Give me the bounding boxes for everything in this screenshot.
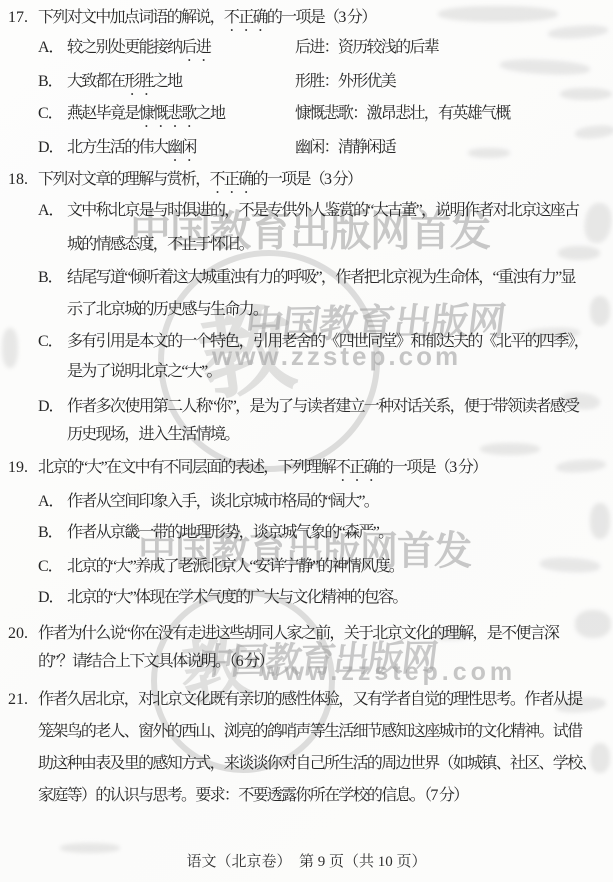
q18-option-a-line-2: 城的情感态度，不止于怀旧。: [0, 235, 613, 254]
q19-option-d-text: 北京的“大”体现在学术气度的广大与文化精神的包容。: [67, 589, 407, 606]
q18-option-c-label: C．: [38, 332, 63, 351]
q20-line-1: 20.作者为什么说“你在没有走进这些胡同人家之前，关于北京文化的理解，是不便言深: [0, 624, 613, 643]
q17-option-c-text-after: 之地: [196, 105, 225, 122]
q17-option-b-emphasis: 形胜: [124, 73, 153, 90]
q17-option-a-emphasis: 后进: [181, 39, 210, 56]
q19-option-b-label: B．: [38, 523, 63, 542]
q17-stem: 17.下列对文中加点词语的解说，不正确的一项是（3 分）: [0, 8, 613, 35]
q18-stem-text-after: 的一项是（3 分）: [253, 171, 362, 188]
page-footer: 语文（北京卷） 第 9 页（共 10 页）: [0, 850, 613, 871]
q19-stem-text: 北京的“大”在文中有不同层面的表述，下列理解: [38, 459, 335, 476]
q18-option-c-line-1: C．多有引用是本文的一个特色，引用老舍的《四世同堂》和郁达夫的《北平的四季》，: [0, 332, 613, 351]
q18-option-b-text: 结尾写道“倾听着这大城重浊有力的呼吸”，作者把北京视为生命体，“重浊有力”显: [67, 269, 575, 286]
q21-number: 21.: [8, 690, 28, 709]
watermark-circle-logo-bottom: [151, 589, 335, 773]
q20-line-2: 的”？请结合上下文具体说明。（6 分）: [0, 652, 613, 671]
q19-option-b-text: 作者从京畿一带的地理形势，谈京城气象的“森严”。: [67, 524, 392, 541]
q17-option-c-gloss: 慷慨悲歌：激昂悲壮，有英雄气概: [295, 104, 510, 123]
q17-option-c: C．燕赵毕竟是慷慨悲歌之地慷慨悲歌：激昂悲壮，有英雄气概: [0, 104, 613, 131]
q18-option-b-line-1: B．结尾写道“倾听着这大城重浊有力的呼吸”，作者把北京视为生命体，“重浊有力”显: [0, 268, 613, 287]
q19-stem-text-after: 的一项是（3 分）: [378, 459, 487, 476]
q19-option-d: D．北京的“大”体现在学术气度的广大与文化精神的包容。: [0, 588, 613, 607]
q19-option-c-label: C．: [38, 557, 63, 576]
q21-line-3: 助这种由表及里的感知方式，来谈谈你对自己所生活的周边世界（如城镇、社区、学校、: [0, 754, 613, 773]
q17-option-c-label: C．: [38, 104, 63, 123]
q21-text-line-3: 助这种由表及里的感知方式，来谈谈你对自己所生活的周边世界（如城镇、社区、学校、: [38, 755, 596, 772]
q18-stem-text: 下列对文章的理解与赏析，: [38, 171, 210, 188]
q19-option-a-label: A．: [38, 492, 64, 511]
q18-option-d-text-cont: 历史现场，进入生活情境。: [67, 426, 239, 443]
q17-option-a-gloss: 后进：资历较浅的后辈: [295, 38, 438, 57]
q18-number: 18.: [8, 170, 28, 189]
q21-line-4: 家庭等）的认识与思考。要求：不要透露你所在学校的信息。（7 分）: [0, 786, 613, 805]
q17-option-c-text: 燕赵毕竟是: [67, 105, 139, 122]
q17-option-a: A．较之别处更能接纳后进后进：资历较浅的后辈: [0, 38, 613, 65]
q18-option-c-text: 多有引用是本文的一个特色，引用老舍的《四世同堂》和郁达夫的《北平的四季》，: [67, 333, 588, 350]
q19-option-b: B．作者从京畿一带的地理形势，谈京城气象的“森严”。: [0, 523, 613, 542]
q18-option-a-line-1: A．文中称北京是与时俱进的，不是专供外人鉴赏的“大古董”，说明作者对北京这座古: [0, 201, 613, 220]
q18-stem: 18.下列对文章的理解与赏析，不正确的一项是（3 分）: [0, 170, 613, 197]
q19-option-c: C．北京的“大”养成了老派北京人“安详宁静”的神情风度。: [0, 557, 613, 576]
exam-page-scan: 中国教育出版网首发 中国教育出版网首发 教 教 中国教育出版网 中国教育出版网 …: [0, 0, 613, 882]
q19-option-c-text: 北京的“大”养成了老派北京人“安详宁静”的神情风度。: [67, 558, 403, 575]
q17-option-c-emphasis: 慷慨悲歌: [139, 105, 196, 122]
scan-noise-blob: [480, 443, 540, 455]
q17-stem-text: 下列对文中加点词语的解说，: [38, 9, 224, 26]
q18-option-a-text-cont: 城的情感态度，不止于怀旧。: [67, 236, 253, 253]
q18-option-b-label: B．: [38, 268, 63, 287]
q17-option-b-text-after: 之地: [153, 73, 182, 90]
q17-option-d-label: D．: [38, 138, 64, 157]
q21-text-line-2: 笼架鸟的老人、窗外的西山、浏亮的鸽哨声等生活细节感知这座城市的文化精神。试借: [38, 723, 581, 740]
q17-option-b: B．大致都在形胜之地形胜：外形优美: [0, 72, 613, 99]
q17-option-b-gloss: 形胜：外形优美: [295, 72, 395, 91]
q18-option-d-line-1: D．作者多次使用第二人称“你”，是为了与读者建立一种对话关系，便于带领读者感受: [0, 397, 613, 416]
q21-line-2: 笼架鸟的老人、窗外的西山、浏亮的鸽哨声等生活细节感知这座城市的文化精神。试借: [0, 722, 613, 741]
q19-option-d-label: D．: [38, 588, 64, 607]
q17-stem-emphasis: 不正确: [224, 9, 267, 26]
q17-option-d: D．北方生活的伟大幽闲幽闲：清静闲适: [0, 138, 613, 165]
q18-option-c-text-cont: 是为了说明北京之“大”。: [67, 363, 221, 380]
q18-option-b-line-2: 示了北京城的历史感与生命力。: [0, 300, 613, 319]
q17-option-a-label: A．: [38, 38, 64, 57]
q18-stem-emphasis: 不正确: [210, 171, 253, 188]
q17-option-a-text: 较之别处更能接纳: [67, 39, 181, 56]
q20-number: 20.: [8, 624, 28, 643]
q19-number: 19.: [8, 458, 28, 477]
q19-stem: 19.北京的“大”在文中有不同层面的表述，下列理解不正确的一项是（3 分）: [0, 458, 613, 485]
q19-stem-emphasis: 不正确: [335, 459, 378, 476]
q18-option-c-line-2: 是为了说明北京之“大”。: [0, 362, 613, 381]
q17-number: 17.: [8, 8, 28, 27]
q18-option-b-text-cont: 示了北京城的历史感与生命力。: [67, 301, 267, 318]
q21-text-line-1: 作者久居北京，对北京文化既有亲切的感性体验，又有学者自觉的理性思考。作者从提: [38, 691, 581, 708]
q17-option-b-text: 大致都在: [67, 73, 124, 90]
q20-text-line-2: 的”？请结合上下文具体说明。（6 分）: [38, 653, 273, 670]
q17-option-d-emphasis: 幽闲: [167, 139, 196, 156]
q18-option-d-line-2: 历史现场，进入生活情境。: [0, 425, 613, 444]
q17-option-d-gloss: 幽闲：清静闲适: [295, 138, 395, 157]
q20-text-line-1: 作者为什么说“你在没有走进这些胡同人家之前，关于北京文化的理解，是不便言深: [38, 625, 558, 642]
q17-option-b-label: B．: [38, 72, 63, 91]
q18-option-d-label: D．: [38, 397, 64, 416]
q21-line-1: 21.作者久居北京，对北京文化既有亲切的感性体验，又有学者自觉的理性思考。作者从…: [0, 690, 613, 709]
q21-text-line-4: 家庭等）的认识与思考。要求：不要透露你所在学校的信息。（7 分）: [38, 787, 468, 804]
q19-option-a-text: 作者从空间印象入手，谈北京城市格局的“阔大”。: [67, 493, 378, 510]
q19-option-a: A．作者从空间印象入手，谈北京城市格局的“阔大”。: [0, 492, 613, 511]
q18-option-a-label: A．: [38, 201, 64, 220]
q17-stem-text-after: 的一项是（3 分）: [267, 9, 376, 26]
q18-option-a-text: 文中称北京是与时俱进的，不是专供外人鉴赏的“大古董”，说明作者对北京这座古: [67, 202, 578, 219]
q17-option-d-text: 北方生活的伟大: [67, 139, 167, 156]
q18-option-d-text: 作者多次使用第二人称“你”，是为了与读者建立一种对话关系，便于带领读者感受: [67, 398, 578, 415]
